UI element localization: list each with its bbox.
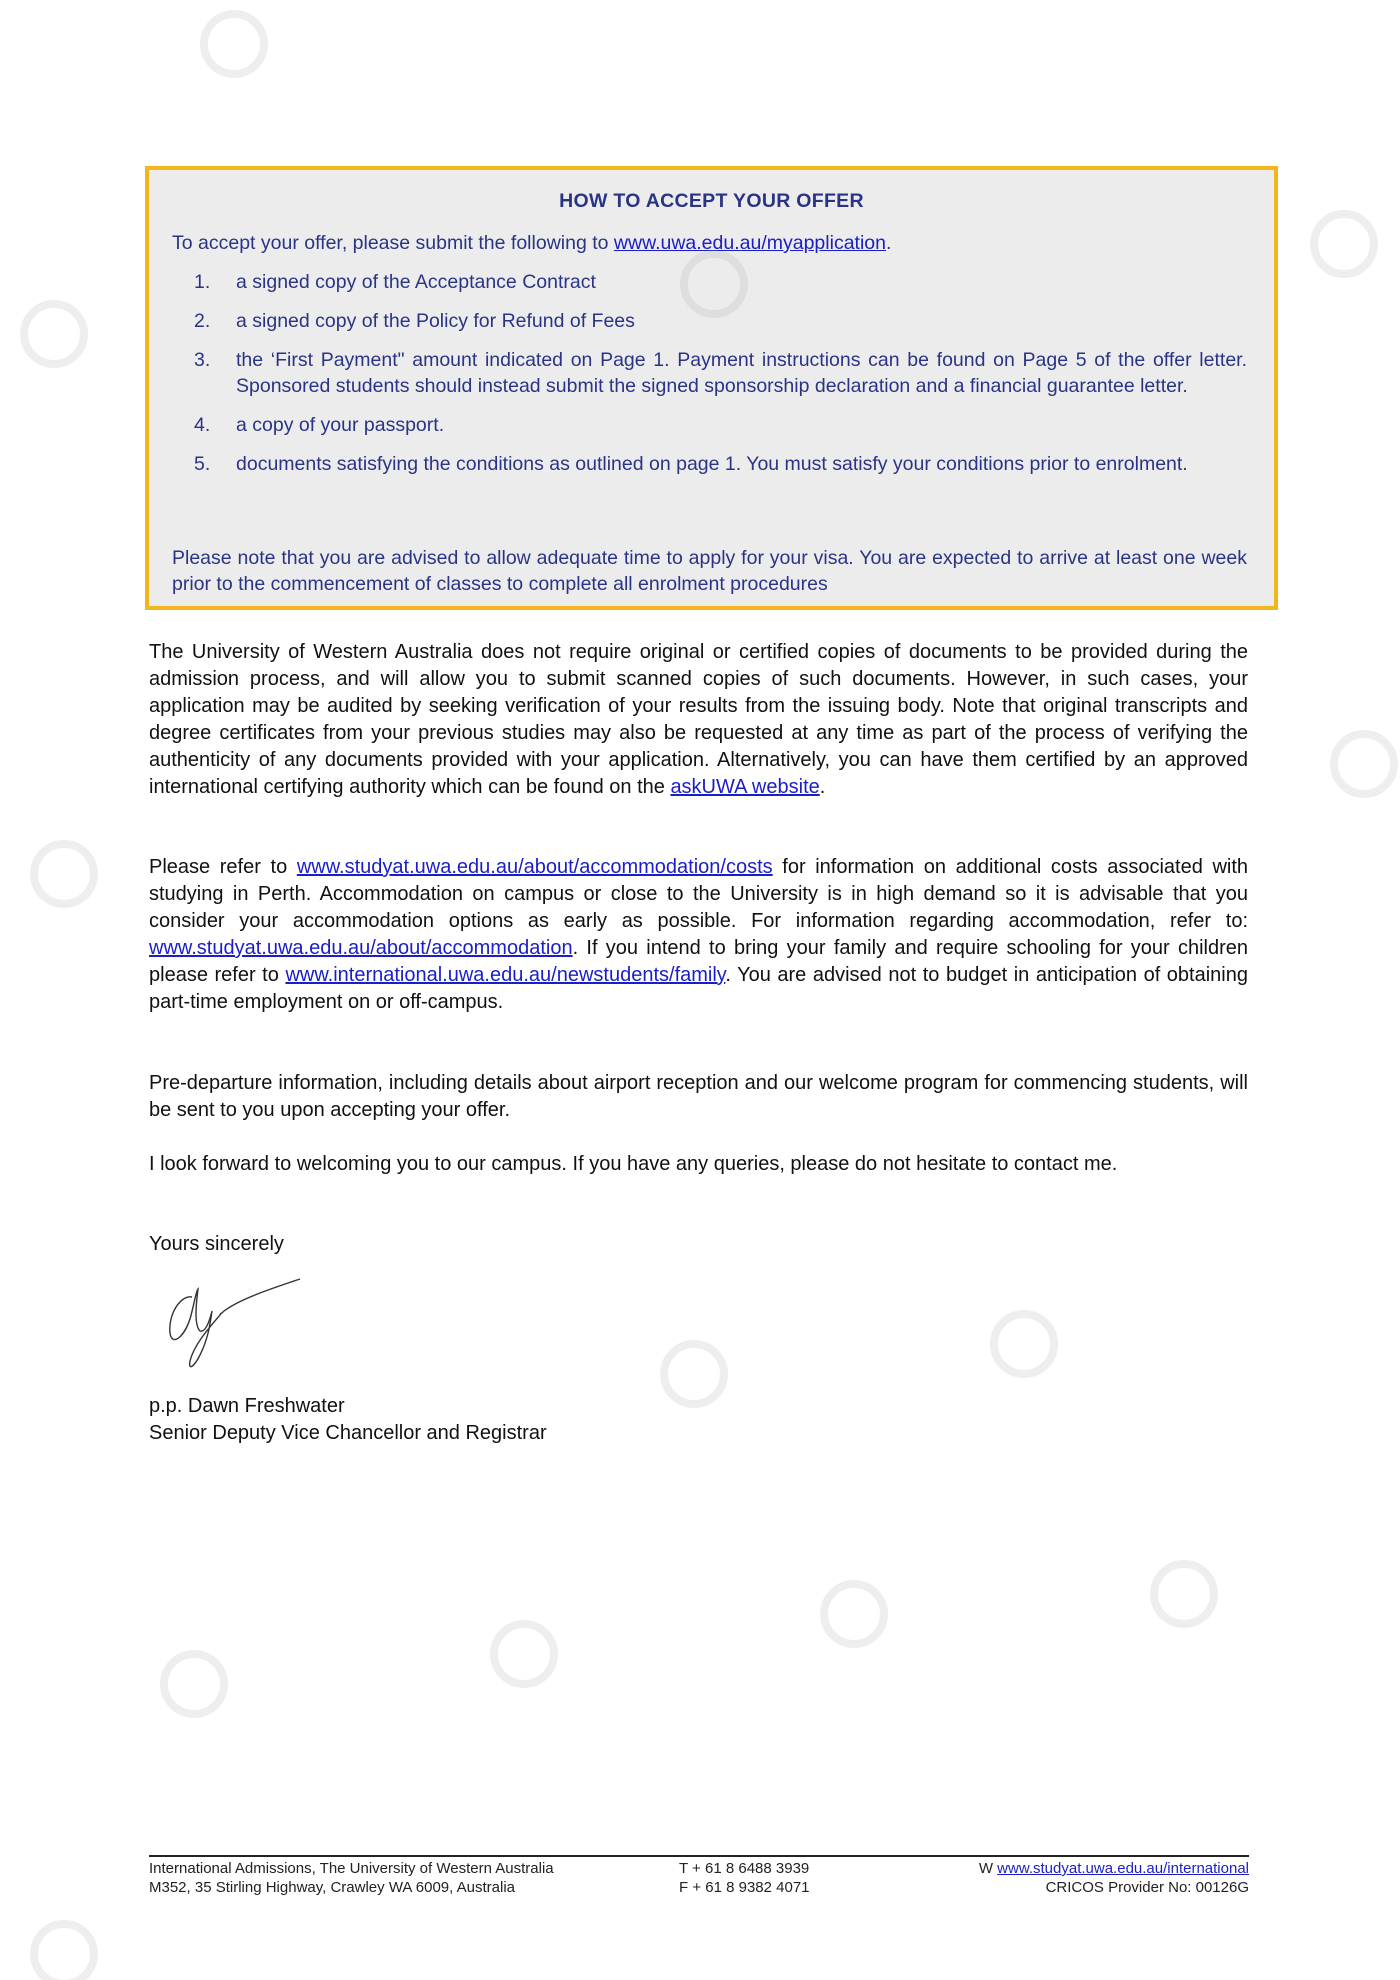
watermark-logo-icon xyxy=(1310,210,1378,278)
accommodation-costs-link[interactable]: www.studyat.uwa.edu.au/about/accommodati… xyxy=(297,856,773,878)
myapplication-link[interactable]: www.uwa.edu.au/myapplication xyxy=(614,232,886,254)
list-item-text: the ‘First Payment" amount indicated on … xyxy=(236,347,1247,399)
list-item-number: 1. xyxy=(172,269,236,295)
watermark-logo-icon xyxy=(30,840,98,908)
watermark-logo-icon xyxy=(20,300,88,368)
list-item-number: 5. xyxy=(172,451,236,477)
watermark-logo-icon xyxy=(660,1340,728,1408)
list-item: 3.the ‘First Payment" amount indicated o… xyxy=(172,347,1247,399)
signer-name: p.p. Dawn Freshwater xyxy=(149,1393,547,1420)
visa-note: Please note that you are advised to allo… xyxy=(172,545,1247,597)
signer-block: p.p. Dawn Freshwater Senior Deputy Vice … xyxy=(149,1393,547,1447)
footer-address: International Admissions, The University… xyxy=(149,1859,554,1897)
footer-fax: F + 61 8 9382 4071 xyxy=(679,1878,810,1897)
page-footer: International Admissions, The University… xyxy=(149,1855,1249,1857)
watermark-logo-icon xyxy=(490,1620,558,1688)
list-item-text: a signed copy of the Acceptance Contract xyxy=(236,269,1247,295)
acceptance-requirements-list: 1.a signed copy of the Acceptance Contra… xyxy=(172,269,1247,490)
askuwa-website-link[interactable]: askUWA website xyxy=(670,776,819,798)
closing-salutation: Yours sincerely xyxy=(149,1233,284,1256)
watermark-logo-icon xyxy=(820,1580,888,1648)
watermark-logo-icon xyxy=(1150,1560,1218,1628)
footer-phone: T + 61 8 6488 3939 xyxy=(679,1859,810,1878)
list-item-text: documents satisfying the conditions as o… xyxy=(236,451,1247,477)
offer-intro: To accept your offer, please submit the … xyxy=(172,230,891,256)
list-item-number: 4. xyxy=(172,412,236,438)
watermark-logo-icon xyxy=(160,1650,228,1718)
list-item-number: 3. xyxy=(172,347,236,399)
footer-cricos: CRICOS Provider No: 00126G xyxy=(979,1878,1249,1897)
family-link[interactable]: www.international.uwa.edu.au/newstudents… xyxy=(285,964,725,986)
watermark-logo-icon xyxy=(1330,730,1398,798)
list-item-number: 2. xyxy=(172,308,236,334)
signer-title: Senior Deputy Vice Chancellor and Regist… xyxy=(149,1420,547,1447)
list-item: 1.a signed copy of the Acceptance Contra… xyxy=(172,269,1247,295)
accommodation-paragraph: Please refer to www.studyat.uwa.edu.au/a… xyxy=(149,854,1248,1016)
signature-image xyxy=(160,1275,310,1375)
footer-web-label: W xyxy=(979,1860,997,1877)
offer-intro-text: To accept your offer, please submit the … xyxy=(172,232,614,254)
accommodation-link[interactable]: www.studyat.uwa.edu.au/about/accommodati… xyxy=(149,937,573,959)
document-verification-paragraph: The University of Western Australia does… xyxy=(149,639,1248,801)
list-item-text: a signed copy of the Policy for Refund o… xyxy=(236,308,1247,334)
footer-address-line2: M352, 35 Stirling Highway, Crawley WA 60… xyxy=(149,1878,554,1897)
footer-web-link[interactable]: www.studyat.uwa.edu.au/international xyxy=(997,1860,1249,1877)
watermark-logo-icon xyxy=(990,1310,1058,1378)
watermark-logo-icon xyxy=(200,10,268,78)
watermark-logo-icon xyxy=(30,1920,98,1980)
paragraph-suffix: . xyxy=(820,776,826,798)
footer-address-line1: International Admissions, The University… xyxy=(149,1859,554,1878)
list-item: 5.documents satisfying the conditions as… xyxy=(172,451,1247,477)
how-to-accept-offer-box: HOW TO ACCEPT YOUR OFFER To accept your … xyxy=(145,166,1278,610)
offer-intro-suffix: . xyxy=(886,232,891,254)
paragraph-text: The University of Western Australia does… xyxy=(149,641,1248,798)
footer-contact: T + 61 8 6488 3939 F + 61 8 9382 4071 xyxy=(679,1859,810,1897)
list-item: 4.a copy of your passport. xyxy=(172,412,1247,438)
list-item-text: a copy of your passport. xyxy=(236,412,1247,438)
welcome-paragraph: I look forward to welcoming you to our c… xyxy=(149,1151,1248,1178)
list-item: 2.a signed copy of the Policy for Refund… xyxy=(172,308,1247,334)
offer-box-title: HOW TO ACCEPT YOUR OFFER xyxy=(149,188,1274,214)
paragraph-text: Please refer to xyxy=(149,856,297,878)
footer-web: W www.studyat.uwa.edu.au/international C… xyxy=(979,1859,1249,1897)
pre-departure-paragraph: Pre-departure information, including det… xyxy=(149,1070,1248,1124)
